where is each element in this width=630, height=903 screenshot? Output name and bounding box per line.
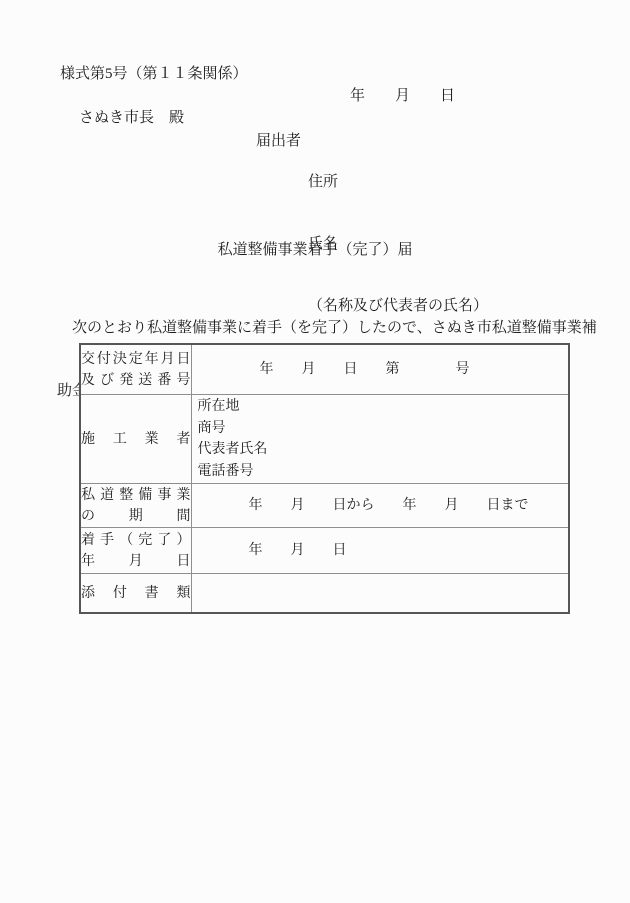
label-cell-attachments: 添 付 書 類: [80, 574, 191, 614]
value-cell-attachments: [191, 574, 569, 614]
table-row-decision-date: 交付決定年月日 及び発送番号 年 月 日 第 号: [80, 344, 569, 395]
table-row-attachments: 添 付 書 類: [80, 574, 569, 614]
value-cell-project-period: 年 月 日から 年 月 日まで: [191, 484, 569, 528]
declarer-label: 届出者: [256, 131, 301, 151]
value-cell-start-completion-date: 年 月 日: [191, 528, 569, 574]
value-cell-contractor: 所在地 商号 代表者氏名 電話番号: [191, 395, 569, 484]
table-row-contractor: 施 工 業 者 所在地 商号 代表者氏名 電話番号: [80, 395, 569, 484]
label-cell-decision-date: 交付決定年月日 及び発送番号: [80, 344, 191, 395]
body-line: 次のとおり私道整備事業に着手（を完了）したので、さぬき市私道整備事業補: [57, 317, 597, 340]
notification-table: 交付決定年月日 及び発送番号 年 月 日 第 号 施 工 業 者 所在地 商号 …: [79, 343, 570, 614]
table-row-start-completion-date: 着手（完了） 年 月 日 年 月 日: [80, 528, 569, 574]
form-number: 様式第5号（第１１条関係）: [60, 64, 248, 84]
addressee: さぬき市長 殿: [79, 108, 184, 128]
date-line: 年 月 日: [350, 86, 455, 106]
value-cell-decision-date: 年 月 日 第 号: [191, 344, 569, 395]
label-cell-contractor: 施 工 業 者: [80, 395, 191, 484]
declarer-field-address: 住所: [308, 171, 488, 193]
label-cell-start-completion-date: 着手（完了） 年 月 日: [80, 528, 191, 574]
form-document-page: 様式第5号（第１１条関係） 年 月 日 さぬき市長 殿 届出者 住所 氏名 （名…: [0, 0, 630, 903]
table-row-project-period: 私道整備事業 の 期 間 年 月 日から 年 月 日まで: [80, 484, 569, 528]
label-cell-project-period: 私道整備事業 の 期 間: [80, 484, 191, 528]
form-title: 私道整備事業着手（完了）届: [0, 240, 630, 260]
